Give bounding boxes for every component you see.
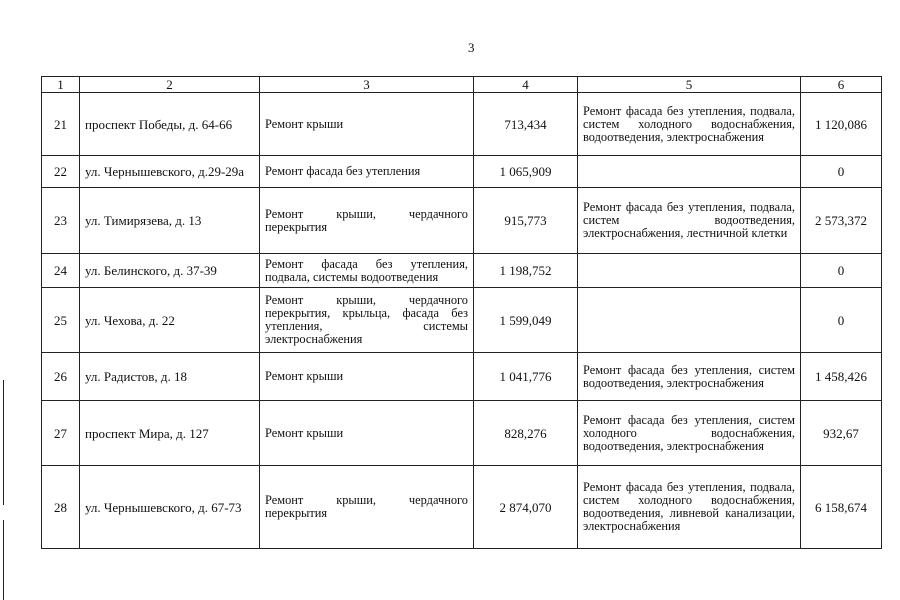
cost-cell: 713,434 [474,93,578,156]
scan-edge-line [3,380,4,505]
table-row: 21проспект Победы, д. 64-66Ремонт крыши7… [42,93,882,156]
address-cell: ул. Чехова, д. 22 [80,288,260,353]
table-row: 26ул. Радистов, д. 18Ремонт крыши1 041,7… [42,353,882,401]
address-cell: ул. Чернышевского, д. 67-73 [80,466,260,549]
additional-work-cell: Ремонт фасада без утепления, систем водо… [578,353,801,401]
additional-work-cell [578,254,801,288]
work-cell: Ремонт крыши [260,401,474,466]
row-number: 21 [42,93,80,156]
additional-work-cell: Ремонт фасада без утепления, подвала, си… [578,466,801,549]
column-header: 4 [474,77,578,93]
cost-cell: 915,773 [474,188,578,254]
column-header: 2 [80,77,260,93]
address-cell: ул. Тимирязева, д. 13 [80,188,260,254]
address-cell: ул. Радистов, д. 18 [80,353,260,401]
additional-work-cell: Ремонт фасада без утепления, систем холо… [578,401,801,466]
row-number: 24 [42,254,80,288]
cost-cell: 1 065,909 [474,156,578,188]
table-row: 25ул. Чехова, д. 22Ремонт крыши, чердачн… [42,288,882,353]
table-row: 22ул. Чернышевского, д.29-29аРемонт фаса… [42,156,882,188]
cost-cell: 1 198,752 [474,254,578,288]
work-cell: Ремонт крыши, чердачного перекрытия [260,466,474,549]
address-cell: ул. Белинского, д. 37-39 [80,254,260,288]
additional-cost-cell: 0 [801,254,882,288]
additional-cost-cell: 1 458,426 [801,353,882,401]
additional-cost-cell: 2 573,372 [801,188,882,254]
address-cell: проспект Мира, д. 127 [80,401,260,466]
scan-edge-line [3,520,4,600]
table-row: 27проспект Мира, д. 127Ремонт крыши828,2… [42,401,882,466]
repair-works-table: 1 2 3 4 5 6 21проспект Победы, д. 64-66Р… [41,76,882,549]
work-cell: Ремонт крыши, чердачного перекрытия [260,188,474,254]
column-header: 5 [578,77,801,93]
table-header-row: 1 2 3 4 5 6 [42,77,882,93]
row-number: 23 [42,188,80,254]
cost-cell: 1 041,776 [474,353,578,401]
table-row: 24ул. Белинского, д. 37-39Ремонт фасада … [42,254,882,288]
work-cell: Ремонт крыши [260,353,474,401]
additional-cost-cell: 0 [801,156,882,188]
additional-work-cell [578,288,801,353]
table-row: 28ул. Чернышевского, д. 67-73Ремонт крыш… [42,466,882,549]
additional-cost-cell: 6 158,674 [801,466,882,549]
additional-work-cell: Ремонт фасада без утепления, подвала, си… [578,93,801,156]
cost-cell: 828,276 [474,401,578,466]
column-header: 1 [42,77,80,93]
work-cell: Ремонт фасада без утепления [260,156,474,188]
additional-work-cell: Ремонт фасада без утепления, подвала, си… [578,188,801,254]
address-cell: ул. Чернышевского, д.29-29а [80,156,260,188]
address-cell: проспект Победы, д. 64-66 [80,93,260,156]
row-number: 28 [42,466,80,549]
work-cell: Ремонт фасада без утепления, подвала, си… [260,254,474,288]
additional-cost-cell: 932,67 [801,401,882,466]
work-cell: Ремонт крыши, чердачного перекрытия, кры… [260,288,474,353]
work-cell: Ремонт крыши [260,93,474,156]
row-number: 22 [42,156,80,188]
additional-cost-cell: 0 [801,288,882,353]
page-number: 3 [468,40,475,56]
column-header: 3 [260,77,474,93]
table-row: 23ул. Тимирязева, д. 13Ремонт крыши, чер… [42,188,882,254]
cost-cell: 1 599,049 [474,288,578,353]
row-number: 25 [42,288,80,353]
row-number: 26 [42,353,80,401]
row-number: 27 [42,401,80,466]
cost-cell: 2 874,070 [474,466,578,549]
additional-cost-cell: 1 120,086 [801,93,882,156]
additional-work-cell [578,156,801,188]
column-header: 6 [801,77,882,93]
